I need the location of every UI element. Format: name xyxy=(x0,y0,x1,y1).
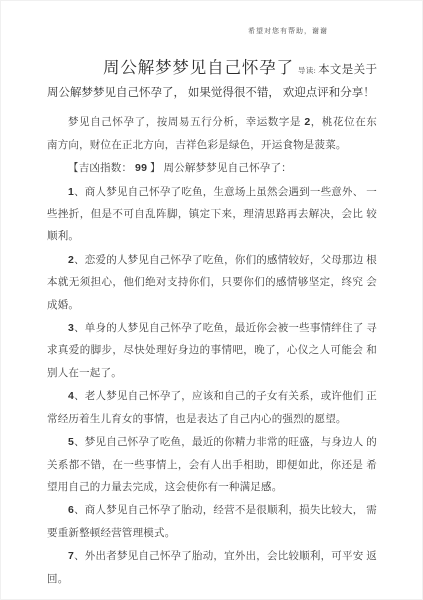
document-title: 周公解梦梦见自己怀孕了 xyxy=(103,58,294,77)
index-value: 99 xyxy=(135,162,147,174)
list-item-separator: 、 xyxy=(74,323,85,334)
lead-paragraph: 周公解梦梦见自己怀孕了导读:本文是关于周公解梦梦见自己怀孕了， 如果觉得很不错，… xyxy=(47,56,377,105)
list-item-text: 恋爱的人梦见自己怀孕了吃鱼，你们的感情较好，父母那边 根本就无须担心，他们绝对支… xyxy=(47,255,377,311)
list-item: 4、老人梦见自己怀孕了，应该和自己的子女有关系，或许他们 正常经历着生儿育女的事… xyxy=(47,385,377,431)
lead-label: 导读: xyxy=(294,66,318,75)
document-content: 周公解梦梦见自己怀孕了导读:本文是关于周公解梦梦见自己怀孕了， 如果觉得很不错，… xyxy=(47,56,377,591)
document-page: 希望对您有帮助，谢谢 周公解梦梦见自己怀孕了导读:本文是关于周公解梦梦见自己怀孕… xyxy=(0,0,423,600)
list-item-separator: 、 xyxy=(74,437,85,448)
list-item-text: 商人梦见自己怀孕了胎动，经营不是很顺利，损失比较大， 需要重新整顿经营管理模式。 xyxy=(47,505,377,538)
list-item-text: 外出者梦见自己怀孕了胎动，宜外出，会比较顺利，可平安 返回。 xyxy=(47,551,377,584)
index-line: 【吉凶指数： 99 】 周公解梦梦见自己怀孕了： xyxy=(47,157,377,180)
intro-paragraph: 梦见自己怀孕了，按周易五行分析，幸运数字是 2，桃花位在东 南方向，财位在正北方… xyxy=(47,111,377,157)
list-item-separator: 、 xyxy=(74,255,85,266)
list-item: 1、商人梦见自己怀孕了吃鱼，生意场上虽然会遇到一些意外、 一些挫折，但是不可自乱… xyxy=(47,181,377,249)
list-item-separator: 、 xyxy=(74,551,85,562)
list-item: 2、恋爱的人梦见自己怀孕了吃鱼，你们的感情较好，父母那边 根本就无须担心，他们绝… xyxy=(47,249,377,317)
list-item-separator: 、 xyxy=(74,391,85,402)
list-item-text: 单身的人梦见自己怀孕了吃鱼，最近你会被一些事情绊住了 寻求真爱的脚步，尽快处理好… xyxy=(47,323,377,379)
list-item-separator: 、 xyxy=(74,187,85,198)
list-item: 6、商人梦见自己怀孕了胎动，经营不是很顺利，损失比较大， 需要重新整顿经营管理模… xyxy=(47,499,377,545)
intro-text-pre: 梦见自己怀孕了，按周易五行分析，幸运数字是 xyxy=(68,117,304,128)
list-item: 5、梦见自己怀孕了吃鱼，最近的你精力非常的旺盛，与身边人 的关系都不错，在一些事… xyxy=(47,431,377,499)
list-item-text: 梦见自己怀孕了吃鱼，最近的你精力非常的旺盛，与身边人 的关系都不错，在一些事情上… xyxy=(47,437,377,493)
list-item-text: 商人梦见自己怀孕了吃鱼，生意场上虽然会遇到一些意外、 一些挫折，但是不可自乱阵脚… xyxy=(47,187,377,243)
header-note: 希望对您有帮助，谢谢 xyxy=(248,26,328,36)
list-item-text: 老人梦见自己怀孕了，应该和自己的子女有关系，或许他们 正常经历着生儿育女的事情，… xyxy=(47,391,377,424)
list-item-separator: 、 xyxy=(74,505,85,516)
list-item: 3、单身的人梦见自己怀孕了吃鱼，最近你会被一些事情绊住了 寻求真爱的脚步，尽快处… xyxy=(47,317,377,385)
index-label-pre: 【吉凶指数： xyxy=(68,163,135,174)
list-item: 7、外出者梦见自己怀孕了胎动，宜外出，会比较顺利，可平安 返回。 xyxy=(47,545,377,591)
index-label-post: 】 周公解梦梦见自己怀孕了： xyxy=(147,163,292,174)
